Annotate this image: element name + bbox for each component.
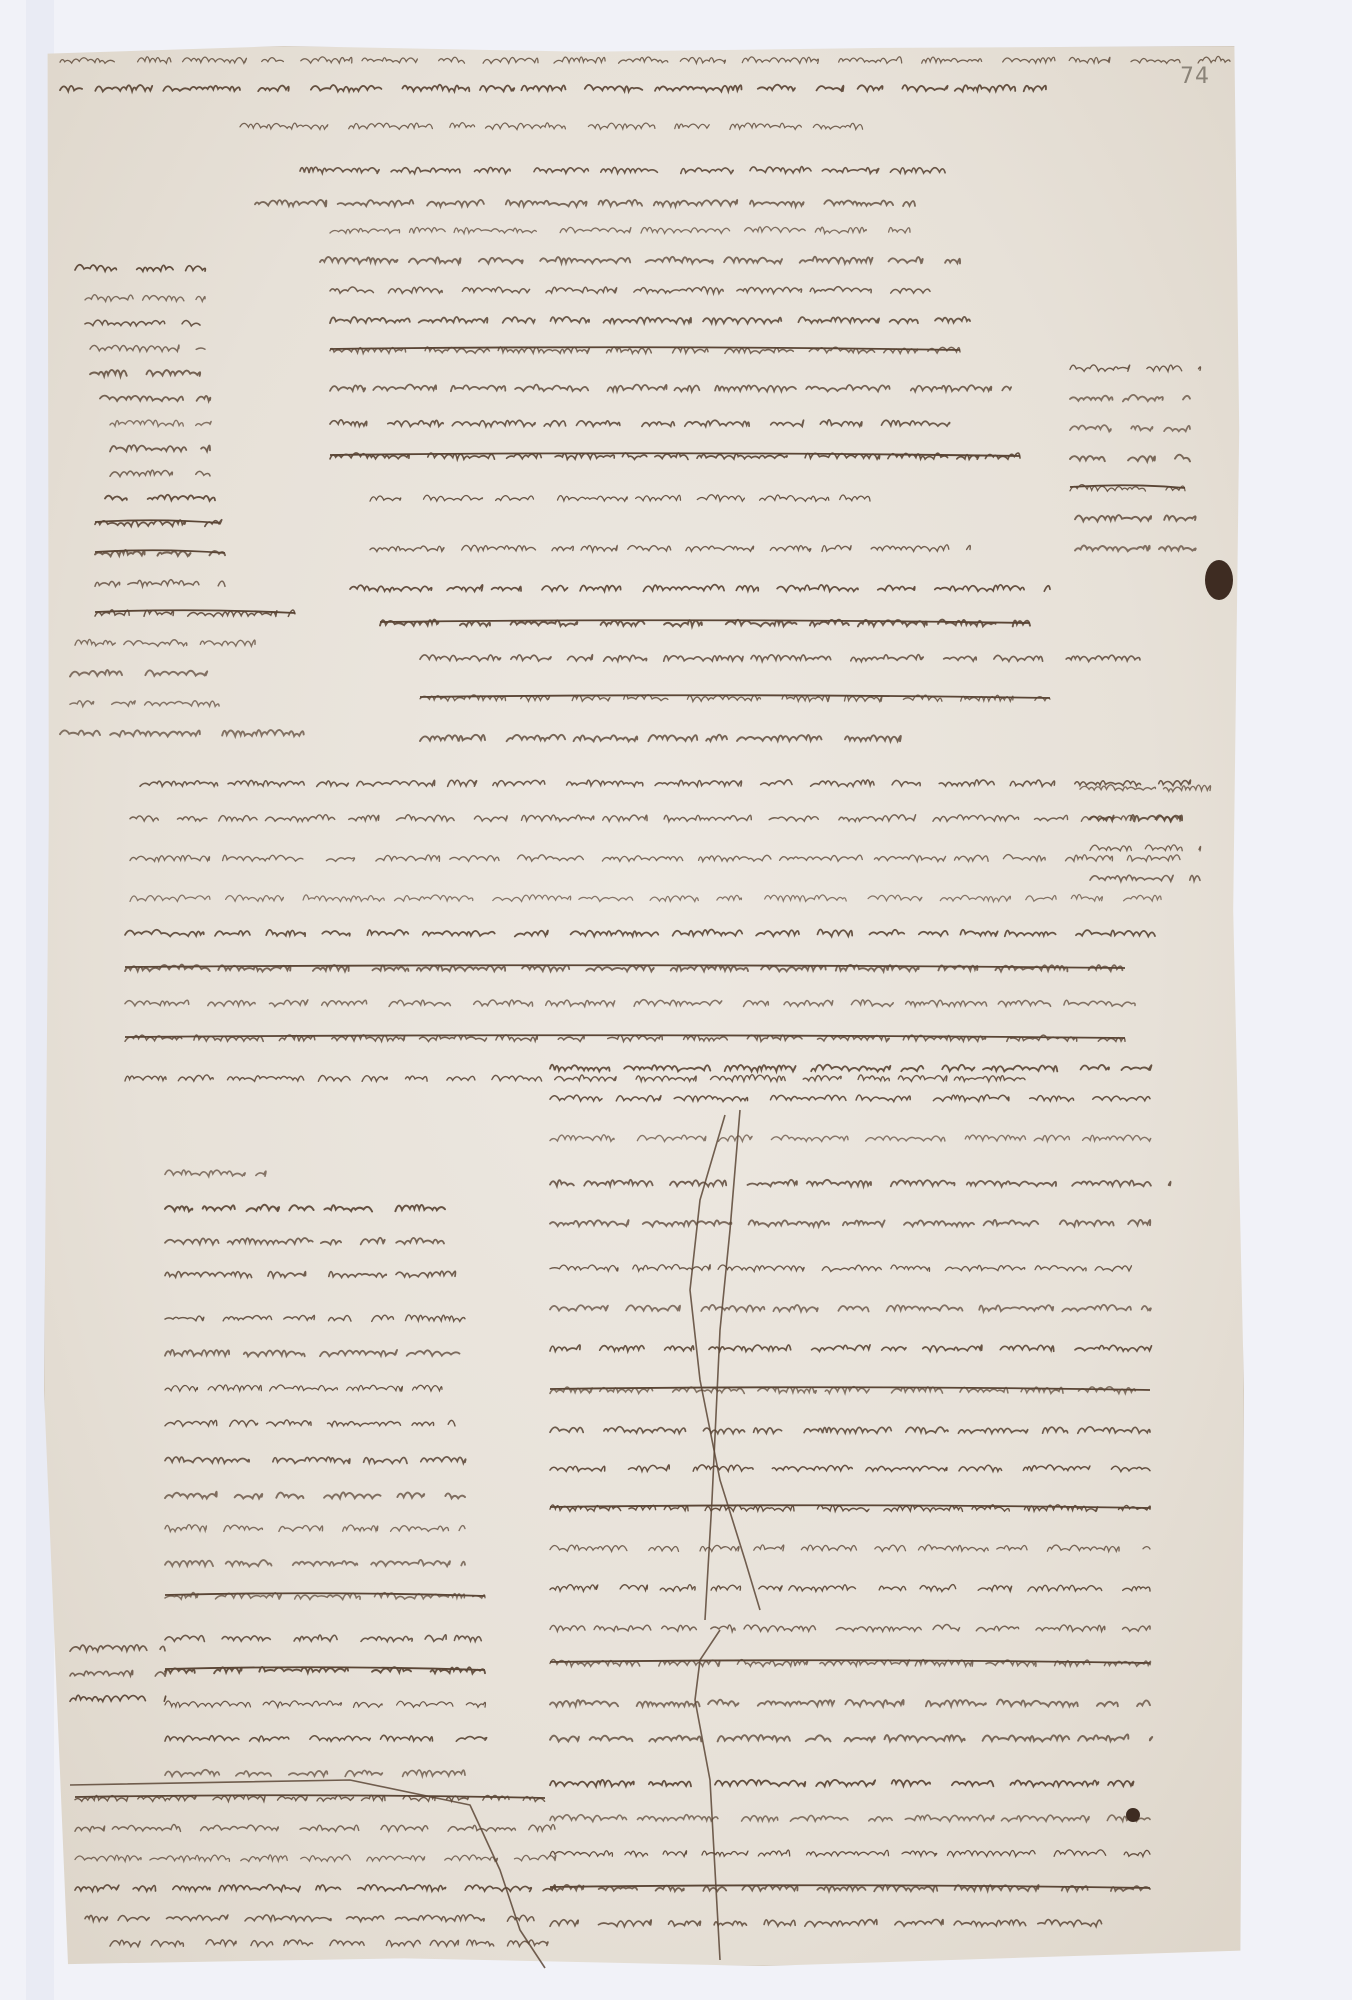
handwritten-line <box>420 655 1140 662</box>
vertical-divider-line <box>690 1115 760 1610</box>
handwritten-line <box>125 1000 1135 1007</box>
handwritten-line <box>100 396 210 401</box>
handwritten-line <box>1090 875 1200 881</box>
handwritten-line <box>165 1770 465 1777</box>
handwritten-line <box>330 384 1011 391</box>
handwritten-line <box>165 1457 466 1464</box>
handwritten-line <box>60 85 1046 92</box>
handwritten-line <box>370 495 870 502</box>
handwritten-line <box>1070 425 1190 431</box>
strikethrough-line <box>125 1035 1125 1038</box>
handwritten-line <box>330 420 950 427</box>
handwritten-line <box>550 1780 1134 1787</box>
handwritten-line <box>550 1465 1150 1472</box>
region-header <box>60 56 1230 129</box>
handwritten-line <box>165 1735 487 1741</box>
handwritten-line <box>90 370 200 376</box>
handwritten-line <box>165 1635 481 1642</box>
handwritten-line <box>70 670 207 677</box>
handwritten-line <box>165 1701 485 1708</box>
handwritten-line <box>300 167 945 174</box>
handwritten-line <box>70 1645 165 1652</box>
ink-blot <box>1205 560 1233 600</box>
handwritten-line <box>320 257 960 264</box>
handwritten-line <box>60 56 1230 63</box>
handwritten-line <box>70 701 219 707</box>
handwritten-line <box>550 1585 1150 1592</box>
handwritten-line <box>420 735 901 742</box>
handwritten-line <box>240 123 863 130</box>
handwritten-line <box>1070 365 1201 371</box>
handwritten-line <box>75 1855 556 1862</box>
handwritten-line <box>165 1385 442 1391</box>
handwritten-line <box>165 1271 456 1277</box>
handwritten-line <box>550 1919 1102 1926</box>
handwritten-line <box>85 320 200 326</box>
handwritten-line <box>110 420 211 426</box>
handwriting-layer <box>0 0 1352 2000</box>
handwritten-line <box>165 1238 444 1245</box>
region-left-margin-notes <box>60 265 304 737</box>
handwritten-line <box>255 200 915 207</box>
handwritten-line <box>550 1545 1150 1552</box>
handwritten-line <box>550 1625 1150 1632</box>
region-main-column-middle <box>125 780 1190 1082</box>
handwritten-line <box>75 639 255 646</box>
handwritten-line <box>110 1940 548 1947</box>
handwritten-line <box>1075 545 1196 551</box>
strikethrough-line <box>165 1593 485 1596</box>
handwritten-line <box>165 1420 455 1426</box>
handwritten-line <box>165 1492 465 1499</box>
region-main-column-top <box>255 167 1140 742</box>
handwritten-line <box>550 1065 1151 1072</box>
handwritten-line <box>70 1695 166 1701</box>
handwritten-line <box>1070 395 1190 402</box>
handwritten-line <box>60 730 304 736</box>
handwritten-line <box>550 1220 1150 1227</box>
handwritten-line <box>110 470 210 476</box>
handwritten-line <box>75 265 205 272</box>
handwritten-line <box>550 1734 1152 1741</box>
handwritten-line <box>370 545 970 552</box>
handwritten-line <box>70 1670 167 1676</box>
bracket-curve <box>695 1630 720 1960</box>
handwritten-line <box>165 1205 445 1212</box>
handwritten-line <box>550 1700 1150 1707</box>
handwritten-line <box>550 1850 1150 1857</box>
handwritten-line <box>550 1345 1152 1352</box>
handwritten-line <box>165 1350 460 1356</box>
handwritten-line <box>550 1180 1171 1187</box>
region-right-lower-column <box>550 1065 1171 1927</box>
region-left-lower-column <box>165 1170 487 1776</box>
handwritten-line <box>330 317 970 324</box>
handwritten-line <box>1075 515 1196 521</box>
handwritten-line <box>110 445 210 451</box>
handwritten-line <box>550 1095 1150 1102</box>
handwritten-line <box>165 1560 465 1567</box>
ink-blot <box>1126 1808 1140 1822</box>
handwritten-line <box>85 295 205 302</box>
handwritten-line <box>85 1915 534 1922</box>
handwritten-line <box>550 1427 1150 1434</box>
handwritten-line <box>550 1135 1151 1142</box>
handwritten-line <box>140 780 1190 787</box>
handwritten-line <box>95 580 225 587</box>
handwritten-line <box>330 287 930 294</box>
handwritten-line <box>1090 845 1201 851</box>
handwritten-line <box>130 815 1181 822</box>
handwritten-line <box>1070 455 1190 462</box>
handwritten-line <box>105 495 215 501</box>
region-right-margin-notes <box>1070 365 1211 881</box>
handwritten-line <box>130 855 1180 862</box>
handwritten-line <box>330 227 910 234</box>
handwritten-line <box>165 1525 465 1532</box>
handwritten-line <box>550 1815 1150 1822</box>
handwritten-line <box>125 1075 1025 1082</box>
handwritten-line <box>125 929 1155 936</box>
handwritten-line <box>90 345 205 351</box>
handwritten-line <box>75 1825 555 1832</box>
handwritten-line <box>550 1305 1151 1312</box>
handwritten-line <box>350 585 1050 592</box>
handwritten-line <box>130 894 1161 901</box>
region-left-margin-lower-note <box>70 1645 167 1702</box>
handwritten-line <box>165 1170 266 1176</box>
handwritten-line <box>550 1264 1131 1271</box>
handwritten-line <box>75 1885 555 1892</box>
handwritten-line <box>165 1315 465 1321</box>
region-bottom-left-block <box>75 1795 556 1947</box>
strikethrough-line <box>330 347 960 350</box>
